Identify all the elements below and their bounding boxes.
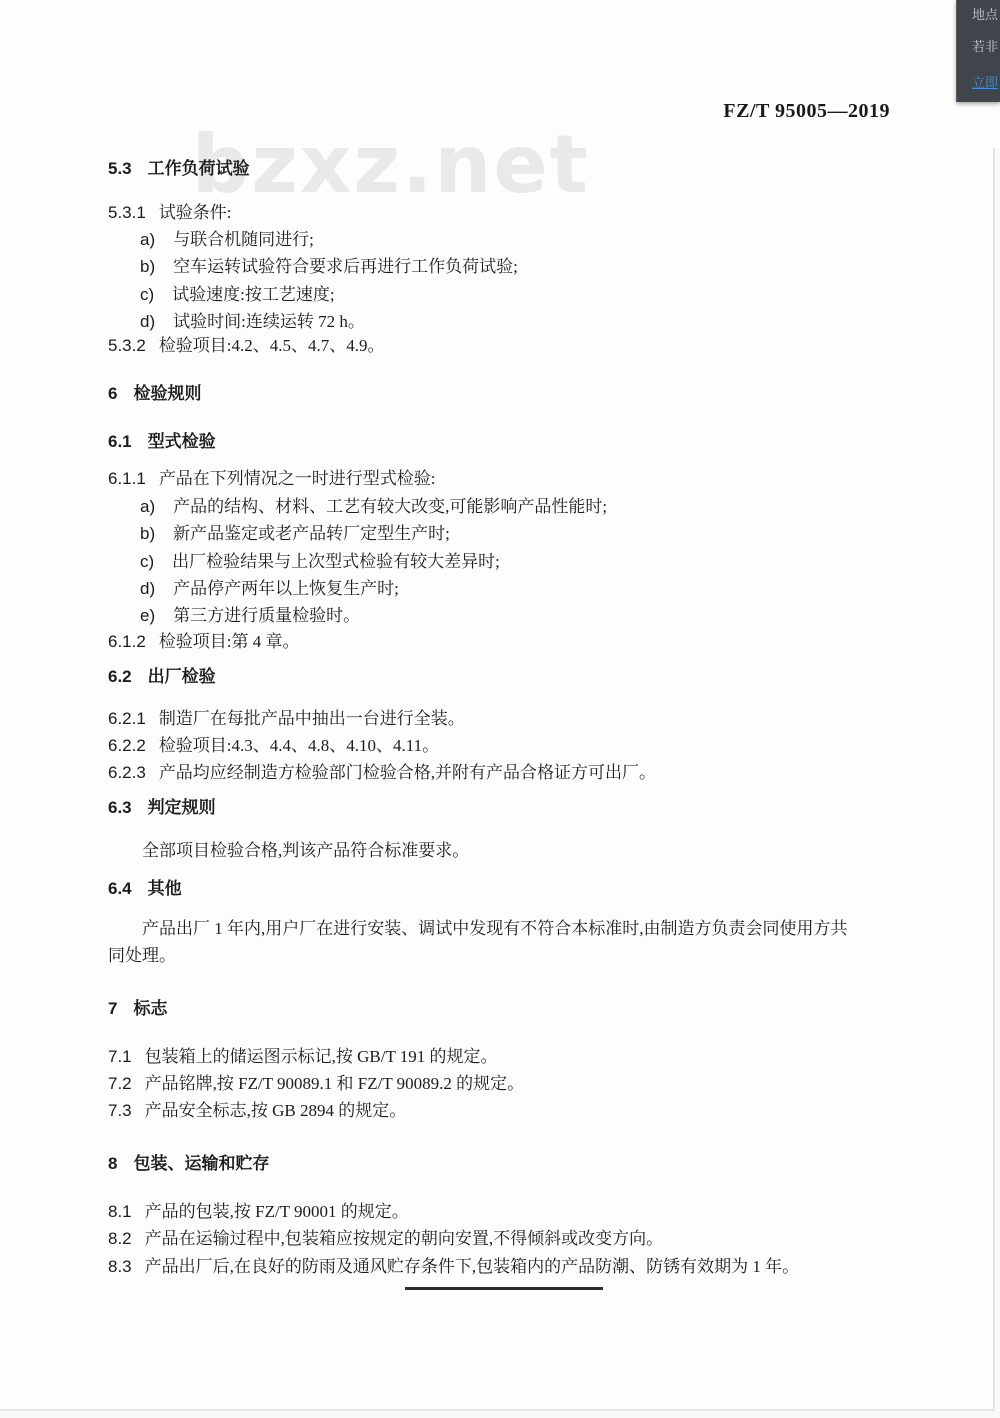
notification-popup: 地点 若非 立即 (956, 0, 1000, 102)
list-marker: c) (140, 552, 154, 571)
body-text: 产品铭牌,按 FZ/T 90089.1 和 FZ/T 90089.2 的规定。 (145, 1074, 525, 1093)
doc-line-h3: 6.1.1产品在下列情况之一时进行型式检验: (108, 470, 436, 487)
body-text: 检验项目:第 4 章。 (159, 632, 300, 651)
doc-line-h2: 6.1型式检验 (108, 433, 216, 450)
doc-line-h2: 6.4其他 (108, 880, 182, 897)
body-text: 出厂检验结果与上次型式检验有较大差异时; (172, 552, 500, 571)
clause-number: 6.1 (108, 432, 132, 451)
body-text: 包装箱上的储运图示标记,按 GB/T 191 的规定。 (145, 1047, 498, 1066)
clause-number: 6.4 (108, 879, 132, 898)
clause-number: 6 (108, 384, 117, 403)
body-text: 产品出厂后,在良好的防雨及通风贮存条件下,包装箱内的产品防潮、防锈有效期为 1 … (145, 1257, 800, 1276)
heading-text: 其他 (148, 879, 182, 898)
doc-line-h3: 6.1.2检验项目:第 4 章。 (108, 633, 300, 650)
clause-number: 6.1.2 (108, 632, 146, 651)
body-text: 产品均应经制造方检验部门检验合格,并附有产品合格证方可出厂。 (159, 763, 656, 782)
body-text: 检验项目:4.2、4.5、4.7、4.9。 (159, 336, 385, 355)
page-margin (995, 148, 1000, 1418)
clause-number: 5.3.2 (108, 336, 146, 355)
heading-text: 工作负荷试验 (148, 159, 250, 178)
body-text: 试验速度:按工艺速度; (172, 285, 334, 304)
clause-number: 7.3 (108, 1101, 132, 1120)
heading-text: 型式检验 (148, 432, 216, 451)
body-text: 第三方进行质量检验时。 (173, 606, 360, 625)
clause-number: 7 (108, 999, 117, 1018)
body-text: 检验项目:4.3、4.4、4.8、4.10、4.11。 (159, 736, 439, 755)
clause-number: 7.1 (108, 1047, 132, 1066)
list-marker: a) (140, 230, 155, 249)
doc-line-h1: 6检验规则 (108, 385, 201, 402)
doc-line-h2: 5.3工作负荷试验 (108, 160, 250, 177)
doc-line-h3: 8.2产品在运输过程中,包装箱应按规定的朝向安置,不得倾斜或改变方向。 (108, 1230, 663, 1247)
doc-line-h3: 6.2.2检验项目:4.3、4.4、4.8、4.10、4.11。 (108, 737, 439, 754)
doc-line-pcont: 同处理。 (108, 947, 176, 964)
doc-line-h2: 6.2出厂检验 (108, 668, 216, 685)
clause-number: 6.2.1 (108, 709, 146, 728)
body-text: 试验时间:连续运转 72 h。 (173, 312, 365, 331)
clause-number: 6.2.3 (108, 763, 146, 782)
doc-line-h3: 8.3产品出厂后,在良好的防雨及通风贮存条件下,包装箱内的产品防潮、防锈有效期为… (108, 1258, 799, 1275)
page-margin (0, 1411, 1000, 1418)
list-marker: d) (140, 579, 155, 598)
clause-number: 6.1.1 (108, 469, 146, 488)
body-text: 全部项目检验合格,判该产品符合标准要求。 (142, 841, 469, 860)
list-marker: b) (140, 524, 155, 543)
doc-line-p: 产品出厂 1 年内,用户厂在进行安装、调试中发现有不符合本标准时,由制造方负责会… (142, 920, 848, 937)
doc-line-h3: 6.2.3产品均应经制造方检验部门检验合格,并附有产品合格证方可出厂。 (108, 764, 656, 781)
doc-line-li: e)第三方进行质量检验时。 (140, 607, 360, 624)
heading-text: 判定规则 (148, 798, 216, 817)
doc-line-h3: 7.1包装箱上的储运图示标记,按 GB/T 191 的规定。 (108, 1048, 498, 1065)
body-text: 试验条件: (159, 203, 232, 222)
body-text: 产品在下列情况之一时进行型式检验: (159, 469, 436, 488)
clause-number: 8.2 (108, 1229, 132, 1248)
clause-number: 5.3 (108, 159, 132, 178)
doc-line-li: b)空车运转试验符合要求后再进行工作负荷试验; (140, 258, 518, 275)
doc-line-li: a)产品的结构、材料、工艺有较大改变,可能影响产品性能时; (140, 498, 607, 515)
clause-number: 8.1 (108, 1202, 132, 1221)
doc-line-h3: 5.3.1试验条件: (108, 204, 232, 221)
doc-line-li: c)出厂检验结果与上次型式检验有较大差异时; (140, 553, 500, 570)
standard-code-header: FZ/T 95005—2019 (723, 100, 890, 123)
body-text: 制造厂在每批产品中抽出一台进行全装。 (159, 709, 465, 728)
list-marker: e) (140, 606, 155, 625)
doc-line-p: 全部项目检验合格,判该产品符合标准要求。 (142, 842, 469, 859)
popup-text-line: 地点 (972, 4, 998, 23)
body-text: 产品的结构、材料、工艺有较大改变,可能影响产品性能时; (173, 497, 607, 516)
body-text: 与联合机随同进行; (173, 230, 314, 249)
doc-line-h3: 7.2产品铭牌,按 FZ/T 90089.1 和 FZ/T 90089.2 的规… (108, 1075, 524, 1092)
list-marker: c) (140, 285, 154, 304)
doc-line-h2: 6.3判定规则 (108, 799, 216, 816)
list-marker: d) (140, 312, 155, 331)
doc-line-h3: 7.3产品安全标志,按 GB 2894 的规定。 (108, 1102, 406, 1119)
watermark: bzxz.net (192, 118, 590, 211)
list-marker: a) (140, 497, 155, 516)
body-text: 产品出厂 1 年内,用户厂在进行安装、调试中发现有不符合本标准时,由制造方负责会… (142, 919, 848, 938)
doc-line-li: c)试验速度:按工艺速度; (140, 286, 335, 303)
body-text: 产品安全标志,按 GB 2894 的规定。 (145, 1101, 407, 1120)
doc-line-h1: 8包装、运输和贮存 (108, 1155, 269, 1172)
doc-line-li: d)产品停产两年以上恢复生产时; (140, 580, 399, 597)
heading-text: 包装、运输和贮存 (133, 1154, 269, 1173)
doc-line-h1: 7标志 (108, 1000, 167, 1017)
clause-number: 8 (108, 1154, 117, 1173)
doc-line-li: b)新产品鉴定或老产品转厂定型生产时; (140, 525, 450, 542)
doc-line-li: d)试验时间:连续运转 72 h。 (140, 313, 365, 330)
end-of-document-rule (405, 1287, 603, 1290)
body-text: 同处理。 (108, 946, 176, 965)
body-text: 产品的包装,按 FZ/T 90001 的规定。 (145, 1202, 409, 1221)
body-text: 产品在运输过程中,包装箱应按规定的朝向安置,不得倾斜或改变方向。 (145, 1229, 664, 1248)
doc-line-h3: 5.3.2检验项目:4.2、4.5、4.7、4.9。 (108, 337, 385, 354)
clause-number: 7.2 (108, 1074, 132, 1093)
clause-number: 6.3 (108, 798, 132, 817)
doc-line-h3: 6.2.1制造厂在每批产品中抽出一台进行全装。 (108, 710, 465, 727)
popup-text-line: 若非 (972, 36, 998, 55)
heading-text: 出厂检验 (148, 667, 216, 686)
body-text: 新产品鉴定或老产品转厂定型生产时; (173, 524, 450, 543)
clause-number: 5.3.1 (108, 203, 146, 222)
doc-line-h3: 8.1产品的包装,按 FZ/T 90001 的规定。 (108, 1203, 409, 1220)
doc-line-li: a)与联合机随同进行; (140, 231, 314, 248)
list-marker: b) (140, 257, 155, 276)
clause-number: 6.2 (108, 667, 132, 686)
heading-text: 检验规则 (133, 384, 201, 403)
document-page: bzxz.net FZ/T 95005—2019 地点 若非 立即 5.3工作负… (0, 0, 1000, 1418)
body-text: 空车运转试验符合要求后再进行工作负荷试验; (173, 257, 518, 276)
heading-text: 标志 (133, 999, 167, 1018)
clause-number: 6.2.2 (108, 736, 146, 755)
popup-action-link[interactable]: 立即 (972, 72, 998, 91)
clause-number: 8.3 (108, 1257, 132, 1276)
body-text: 产品停产两年以上恢复生产时; (173, 579, 399, 598)
